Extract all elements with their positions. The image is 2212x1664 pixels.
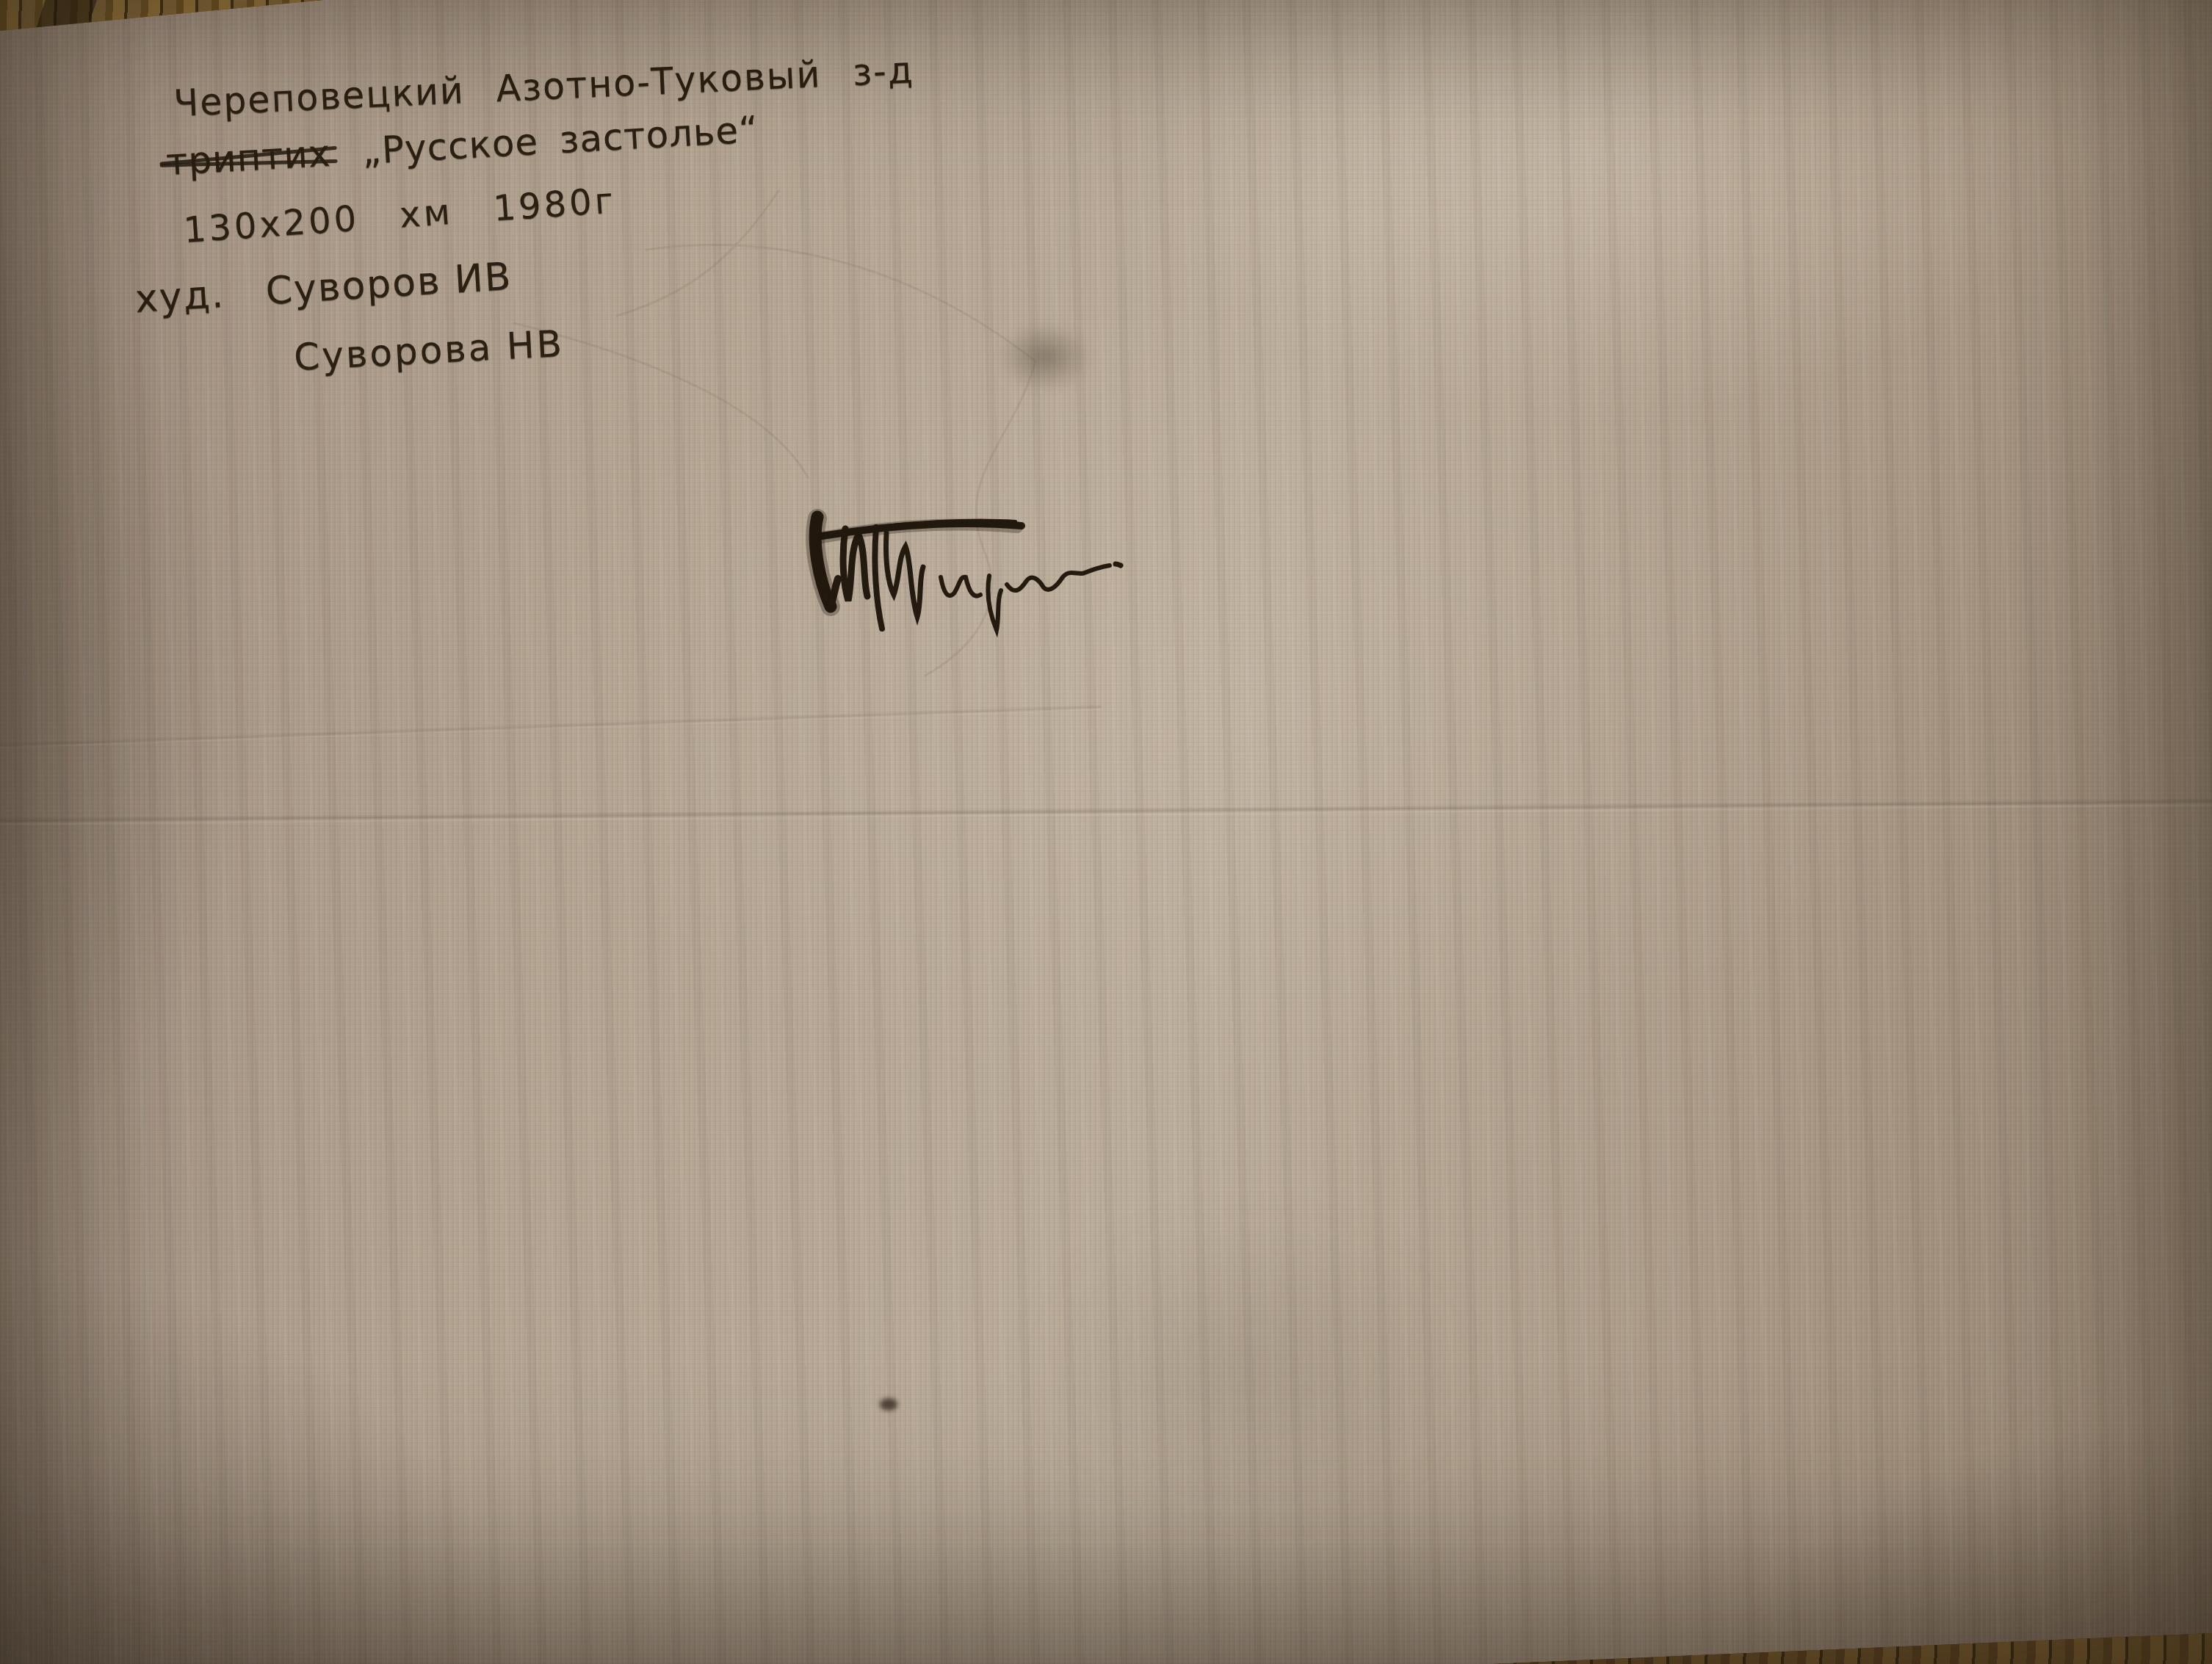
photo-vignette	[0, 0, 2212, 1664]
